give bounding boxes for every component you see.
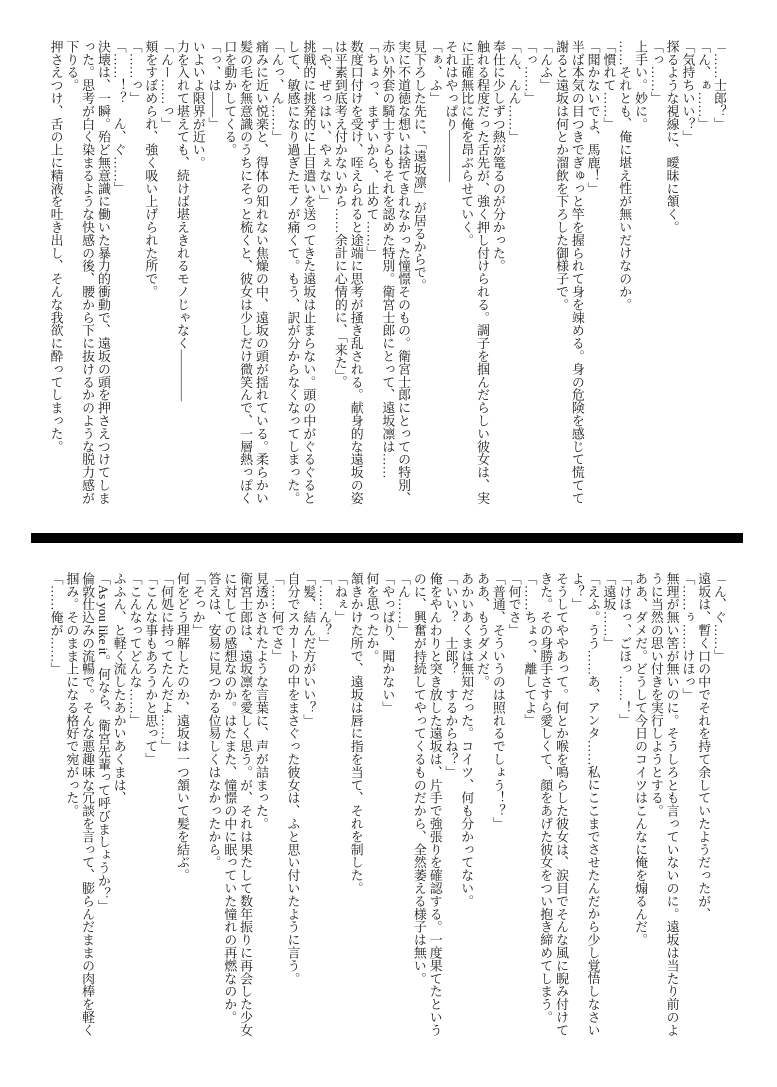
narration-line: 半ば本気の目つきでぎゅっと竿を握られて身を竦める。身の危険を感じて慌てて <box>568 40 584 506</box>
dialogue-line: 「こんなってどんな……」 <box>126 572 142 1038</box>
paragraph: 「……っ」 <box>126 40 142 506</box>
paragraph: 「気持ちいい？」 <box>679 40 695 506</box>
dialogue-line: 「普通、そういうのは照れるでしょう！？」 <box>489 572 505 1038</box>
narration-line: に正確無比に俺を昂ぶらせていく。 <box>457 40 473 506</box>
paragraph: 押さえつけ、舌の上に精液を吐き出し、そんな我欲に酔ってしまった。 <box>47 40 63 506</box>
narration-line: 下りる。 <box>63 40 79 506</box>
narration-line: 俺をやんわりと突き放した遠坂は、片手で強張りを確認する。一度果てたという <box>426 572 442 1038</box>
paragraph: 「聞かないでよ、馬鹿！」 <box>584 40 600 506</box>
dialogue-line: 「ちょっ、まずいから、止めて……」 <box>363 40 379 506</box>
paragraph: 「っ……」 <box>647 40 663 506</box>
paragraph: 「ん、んん……」 <box>505 40 521 506</box>
narration-line: うに当然の思い付きを実行しようとする。 <box>647 572 663 1038</box>
dialogue-line: 「っ……」 <box>647 40 663 506</box>
paragraph: 力を入れて堪えても、続けば堪えきれるモノじゃなく―――― <box>173 40 189 506</box>
paragraph: 「ねぇ」 <box>331 572 347 1038</box>
narration-line: 見透かされたような言葉に、声が詰まった。 <box>252 572 268 1038</box>
paragraph: 自分でスカートの中をまさぐった彼女は、ふと思い付いたように言う。 <box>284 572 300 1038</box>
dialogue-line: 「っ……」 <box>521 40 537 506</box>
narration-line: に対しての感想なのか。はたまた、憧憬の中に眠っていた憧れの再燃なのか。 <box>221 572 237 1038</box>
paragraph: 「こんなってどんな……」 <box>126 572 142 1038</box>
dialogue-line: 「遠坂……」 <box>600 572 616 1038</box>
paragraph: 俺をやんわりと突き放した遠坂は、片手で強張りを確認する。一度果てたという のに、… <box>410 572 442 1038</box>
narration-line: 謝ると遠坂は何とか溜飲を下ろした御様子で。 <box>552 40 568 506</box>
paragraph: 上手い。妙に。 <box>631 40 647 506</box>
narration-line: 押さえつけ、舌の上に精液を吐き出し、そんな我欲に酔ってしまった。 <box>47 40 63 506</box>
paragraph: 「こんな事もあろうかと思って」 <box>142 572 158 1038</box>
narration-line: 何を思ったか。 <box>363 572 379 1038</box>
paragraph: 「……ぅ……けほっ」 <box>679 572 695 1038</box>
dialogue-line: 「そっか」 <box>189 572 205 1038</box>
dialogue-line: 「や、ぜっはい、やぇない」 <box>315 40 331 506</box>
narration-line: 自分でスカートの中をまさぐった彼女は、ふと思い付いたように言う。 <box>284 572 300 1038</box>
narration-line: 頷きかけた所で、遠坂は唇に指を当て、それを制した。 <box>347 572 363 1038</box>
narration-line: 痛みに近い悦楽と、得体の知れない焦燥の中、遠坂の頭が揺れている。柔らかい <box>252 40 268 506</box>
paragraph: 奉仕に少しずつ熱が篭るのが分かった。 <box>489 40 505 506</box>
paragraph: 「……！？ ん、ぐ……」 <box>110 40 126 506</box>
dialogue-line: 「……ぅ……けほっ」 <box>679 572 695 1038</box>
narration-line: 上手い。妙に。 <box>631 40 647 506</box>
narration-line: 何をどう理解したのか、遠坂は一つ頷いて髪を結ぶ。 <box>173 572 189 1038</box>
paragraph: 触れる程度だった舌先が、強く押し付けられる。調子を掴んだらしい彼女は、実 に正確… <box>457 40 489 506</box>
dialogue-line: 「……ん？」 <box>315 572 331 1038</box>
dialogue-line: 「ん、ぐ……」 <box>710 572 726 1038</box>
paragraph: 「っ、は――」 <box>205 40 221 506</box>
dialogue-line: 「んふ」 <box>536 40 552 506</box>
top-text-block: 「……士郎？」 「ん、ぁ……」 「気持ちいい？」 探るような視線に、曖昧に頷く。… <box>46 40 726 506</box>
narration-line: 決壊は、一瞬。殆ど無意識に働いた暴力的衝動で、遠坂の頭を押さえつけてしま <box>94 40 110 506</box>
paragraph: 見下ろした先に、「遠坂凛」が居るからで。 <box>410 40 426 506</box>
narration-line: 実に不道徳な想いは捨てきれなかった憧憬そのもの。衛宮士郎にとっての特別、 <box>394 40 410 506</box>
dialogue-line: 「ん……」 <box>394 572 410 1038</box>
paragraph: 「ん……」 <box>394 572 410 1038</box>
narration-line: 遠坂は、暫く口の中でそれを持て余していたようだったが、 <box>694 572 710 1038</box>
dialogue-line: 「As you like it。何なら、衛宮先輩って呼びましょうか？」 <box>94 572 110 1038</box>
paragraph: それはやっぱり―――― <box>442 40 458 506</box>
dialogue-line: 「えふ。うう……あ、アンタ……私にここまでさせたんだから少し覚悟しなさい <box>584 572 600 1038</box>
paragraph: 半ば本気の目つきでぎゅっと竿を握られて身を竦める。身の危険を感じて慌てて 謝ると… <box>552 40 584 506</box>
paragraph: 痛みに近い悦楽と、得体の知れない焦燥の中、遠坂の頭が揺れている。柔らかい 髪の毛… <box>221 40 268 506</box>
paragraph: 「……ちょっ、離してよ」 <box>521 572 537 1038</box>
paragraph: 「んふ」 <box>536 40 552 506</box>
paragraph: あかいあくまは無知だった。コイツ、何も分かってない。 <box>457 572 473 1038</box>
narration-line: 衛宮士郎は、遠坂凛を愛しく思う。が、それは果たして数年振りに再会した少女 <box>236 572 252 1038</box>
paragraph: そうしてややあって。何とか喉を鳴らした彼女は、涙目でそんな風に睨み付けて きた。… <box>536 572 568 1038</box>
narration-line: 頬をすぼめられ、強く吸い上げられた所で。 <box>142 40 158 506</box>
dialogue-line: 「いい？ 士郎？ するからね？」 <box>442 572 458 1038</box>
dialogue-line: 「……俺が……」 <box>47 572 63 1038</box>
dialogue-line: 「……！？ ん、ぐ……」 <box>110 40 126 506</box>
dialogue-line: 「髪、結んだ方がいい？」 <box>299 572 315 1038</box>
narration-line: 倫敦仕込みの流暢で。そんな悪趣味な冗談を言って、膨らんだままの肉棒を軽く <box>78 572 94 1038</box>
paragraph: 頬をすぼめられ、強く吸い上げられた所で。 <box>142 40 158 506</box>
narration-line: 掴み。そのまま上になる格好で宛がった。 <box>63 572 79 1038</box>
narration-line: 髪の毛を無意識のうちにそっと梳くと、彼女は少しだけ微笑んで、一層熱っぽく <box>236 40 252 506</box>
dialogue-line: 「ん、んん……」 <box>505 40 521 506</box>
narration-line: いよいよ限界が近い。 <box>189 40 205 506</box>
paragraph: 頷きかけた所で、遠坂は唇に指を当て、それを制した。 <box>347 572 363 1038</box>
narration-line: った。思考が白く染まるような快感の後、腰から下に抜けるかのような脱力感が <box>78 40 94 506</box>
paragraph: 「いい？ 士郎？ するからね？」 <box>442 572 458 1038</box>
paragraph: 「遠坂……」 <box>600 572 616 1038</box>
paragraph: 決壊は、一瞬。殆ど無意識に働いた暴力的衝動で、遠坂の頭を押さえつけてしま った。… <box>63 40 110 506</box>
paragraph: 何をどう理解したのか、遠坂は一つ頷いて髪を結ぶ。 <box>173 572 189 1038</box>
paragraph: 「やっぱり、聞かない」 <box>378 572 394 1038</box>
paragraph: 実に不道徳な想いは捨てきれなかった憧憬そのもの。衛宮士郎にとっての特別、 赤い外… <box>378 40 410 506</box>
dialogue-line: 「ぁ、ふ」 <box>426 40 442 506</box>
manuscript-page: 「……士郎？」 「ん、ぁ……」 「気持ちいい？」 探るような視線に、曖昧に頷く。… <box>0 0 777 1087</box>
paragraph: ……それとも、俺に堪え性が無いだけなのか。 <box>615 40 631 506</box>
dialogue-line: 「……何でさ」 <box>268 572 284 1038</box>
narration-line: そうしてややあって。何とか喉を鳴らした彼女は、涙目でそんな風に睨み付けて <box>552 572 568 1038</box>
paragraph: 「ぁ、ふ」 <box>426 40 442 506</box>
dialogue-line: 「……ちょっ、離してよ」 <box>521 572 537 1038</box>
dialogue-line: 「けほっ、ごほっ……！」 <box>615 572 631 1038</box>
narration-line: 探るような視線に、曖昧に頷く。 <box>663 40 679 506</box>
paragraph: ふふん、と軽く流したあかいあくまは、 <box>110 572 126 1038</box>
dialogue-line: 「んー……っ」 <box>157 40 173 506</box>
narration-line: 口を動かしてくる。 <box>221 40 237 506</box>
paragraph: 倫敦仕込みの流暢で。そんな悪趣味な冗談を言って、膨らんだままの肉棒を軽く 掴み。… <box>63 572 95 1038</box>
dialogue-line: 「やっぱり、聞かない」 <box>378 572 394 1038</box>
paragraph: 挑戦的に挑発的に上目遣いを送ってきた遠坂は止まらない。頭の中がぐるぐると して、… <box>284 40 316 506</box>
paragraph: 探るような視線に、曖昧に頷く。 <box>663 40 679 506</box>
paragraph: 無理が無い筈が無いのに。そうしろとも言っていないのに。遠坂は当たり前のよ うに当… <box>647 572 679 1038</box>
dialogue-line: 「こんな事もあろうかと思って」 <box>142 572 158 1038</box>
dialogue-line: 「ん、ぁ……」 <box>694 40 710 506</box>
paragraph: 「そっか」 <box>189 572 205 1038</box>
narration-line: のに、興奮が持続してやってくるものだから、全然萎える様子は無い。 <box>410 572 426 1038</box>
narration-line: 力を入れて堪えても、続けば堪えきれるモノじゃなく―――― <box>173 40 189 506</box>
paragraph: 「慣れて……」 <box>600 40 616 506</box>
dialogue-line: 「気持ちいい？」 <box>679 40 695 506</box>
bottom-text-block: 「ん、ぐ……」 遠坂は、暫く口の中でそれを持て余していたようだったが、 「……ぅ… <box>46 572 726 1038</box>
narration-line: ふふん、と軽く流したあかいあくまは、 <box>110 572 126 1038</box>
narration-line: 挑戦的に挑発的に上目遣いを送ってきた遠坂は止まらない。頭の中がぐるぐると <box>299 40 315 506</box>
narration-line: 赤い外套の騎士すらもそれを認めた特別。衛宮士郎にとって、遠坂凛は…… <box>378 40 394 506</box>
paragraph: 見透かされたような言葉に、声が詰まった。 <box>252 572 268 1038</box>
paragraph: 「っ……」 <box>521 40 537 506</box>
dialogue-line: 「ねぇ」 <box>331 572 347 1038</box>
narration-line: は平素到底考え付かないから……余計に心情的に、「来た」。 <box>331 40 347 506</box>
section-divider <box>31 533 743 543</box>
paragraph: ああ、ダメだ。どうして今日のコイツはこんなに俺を煽るんだ。 <box>631 572 647 1038</box>
paragraph: 「As you like it。何なら、衛宮先輩って呼びましょうか？」 <box>94 572 110 1038</box>
paragraph: 「ん、ぐ……」 <box>710 572 726 1038</box>
dialogue-line: 「何でさ」 <box>505 572 521 1038</box>
paragraph: 「……士郎？」 <box>710 40 726 506</box>
paragraph: 衛宮士郎は、遠坂凛を愛しく思う。が、それは果たして数年振りに再会した少女 に対し… <box>205 572 252 1038</box>
narration-line: ああ、もうダメだ。 <box>473 572 489 1038</box>
narration-line: して、敏感になり過ぎたモノが痛くて。もう、訳が分からなくなってしまった。 <box>284 40 300 506</box>
paragraph: ああ、もうダメだ。 <box>473 572 489 1038</box>
paragraph: 「えふ。うう……あ、アンタ……私にここまでさせたんだから少し覚悟しなさい よ？」 <box>568 572 600 1038</box>
dialogue-line: 「っ、は――」 <box>205 40 221 506</box>
paragraph: 遠坂は、暫く口の中でそれを持て余していたようだったが、 <box>694 572 710 1038</box>
narration-line: 数度口付けを受け、咥えられると途端に思考が掻き乱される。献身的な遠坂の姿 <box>347 40 363 506</box>
paragraph: 「……俺が……」 <box>47 572 63 1038</box>
paragraph: 「……ん？」 <box>315 572 331 1038</box>
paragraph: 「ちょっ、まずいから、止めて……」 <box>363 40 379 506</box>
dialogue-line: よ？」 <box>568 572 584 1038</box>
paragraph: いよいよ限界が近い。 <box>189 40 205 506</box>
dialogue-line: 「聞かないでよ、馬鹿！」 <box>584 40 600 506</box>
paragraph: 「んっ、ん……」 <box>268 40 284 506</box>
paragraph: 何を思ったか。 <box>363 572 379 1038</box>
dialogue-line: 「……士郎？」 <box>710 40 726 506</box>
dialogue-line: 「慣れて……」 <box>600 40 616 506</box>
narration-line: あかいあくまは無知だった。コイツ、何も分かってない。 <box>457 572 473 1038</box>
paragraph: 「ん、ぁ……」 <box>694 40 710 506</box>
dialogue-line: 「……っ」 <box>126 40 142 506</box>
narration-line: ……それとも、俺に堪え性が無いだけなのか。 <box>615 40 631 506</box>
dialogue-line: 「何処に持ってたんだよ……」 <box>157 572 173 1038</box>
narration-line: 奉仕に少しずつ熱が篭るのが分かった。 <box>489 40 505 506</box>
narration-line: きた。その身勝手さすら愛しくて、顔をあげた彼女をつい抱き締めてしまう。 <box>536 572 552 1038</box>
paragraph: 「何でさ」 <box>505 572 521 1038</box>
narration-line: ああ、ダメだ。どうして今日のコイツはこんなに俺を煽るんだ。 <box>631 572 647 1038</box>
paragraph: 「髪、結んだ方がいい？」 <box>299 572 315 1038</box>
narration-line: 触れる程度だった舌先が、強く押し付けられる。調子を掴んだらしい彼女は、実 <box>473 40 489 506</box>
narration-line: それはやっぱり―――― <box>442 40 458 506</box>
paragraph: 「や、ぜっはい、やぇない」 <box>315 40 331 506</box>
narration-line: 答えは、安易に見つかる位易しくはなかったから。 <box>205 572 221 1038</box>
paragraph: 「何処に持ってたんだよ……」 <box>157 572 173 1038</box>
paragraph: 「……何でさ」 <box>268 572 284 1038</box>
paragraph: 数度口付けを受け、咥えられると途端に思考が掻き乱される。献身的な遠坂の姿 は平素… <box>331 40 363 506</box>
paragraph: 「けほっ、ごほっ……！」 <box>615 572 631 1038</box>
paragraph: 「んー……っ」 <box>157 40 173 506</box>
narration-line: 見下ろした先に、「遠坂凛」が居るからで。 <box>410 40 426 506</box>
dialogue-line: 「んっ、ん……」 <box>268 40 284 506</box>
paragraph: 「普通、そういうのは照れるでしょう！？」 <box>489 572 505 1038</box>
narration-line: 無理が無い筈が無いのに。そうしろとも言っていないのに。遠坂は当たり前のよ <box>663 572 679 1038</box>
